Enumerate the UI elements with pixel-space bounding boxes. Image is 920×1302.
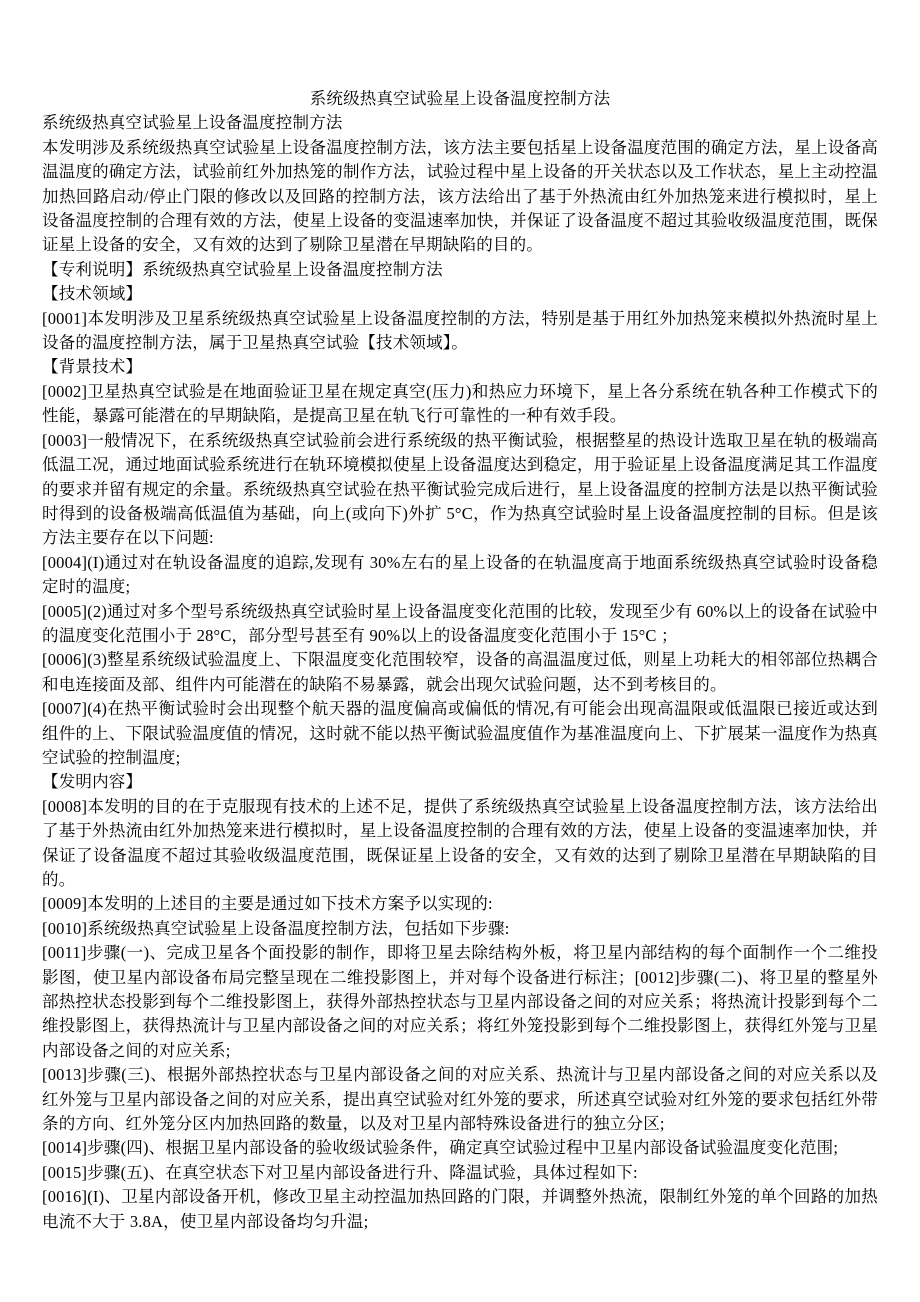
paragraph-0001: [0001]本发明涉及卫星系统级热真空试验星上设备温度控制的方法，特别是基于用红…: [42, 307, 878, 356]
paragraph-0013: [0013]步骤(三)、根据外部热控状态与卫星内部设备之间的对应关系、热流计与卫…: [42, 1063, 878, 1136]
paragraph-0010: [0010]系统级热真空试验星上设备温度控制方法，包括如下步骤:: [42, 917, 878, 941]
document-subtitle: 系统级热真空试验星上设备温度控制方法: [42, 111, 878, 135]
paragraph-0015: [0015]步骤(五)、在真空状态下对卫星内部设备进行升、降温试验，具体过程如下…: [42, 1161, 878, 1185]
paragraph-0004: [0004](I)通过对在轨设备温度的追踪,发现有 30%左右的星上设备的在轨温…: [42, 551, 878, 600]
section-heading-invention-content: 【发明内容】: [42, 770, 878, 794]
paragraph-0009: [0009]本发明的上述目的主要是通过如下技术方案予以实现的:: [42, 892, 878, 916]
section-heading-background: 【背景技术】: [42, 355, 878, 379]
patent-document-page: 系统级热真空试验星上设备温度控制方法 系统级热真空试验星上设备温度控制方法 本发…: [0, 0, 920, 1302]
document-title: 系统级热真空试验星上设备温度控制方法: [42, 87, 878, 111]
section-heading-technical-field: 【技术领域】: [42, 282, 878, 306]
paragraph-0005: [0005](2)通过对多个型号系统级热真空试验时星上设备温度变化范围的比较，发…: [42, 600, 878, 649]
paragraph-0006: [0006](3)整星系统级试验温度上、下限温度变化范围较窄，设备的高温温度过低…: [42, 648, 878, 697]
paragraph-0002: [0002]卫星热真空试验是在地面验证卫星在规定真空(压力)和热应力环境下，星上…: [42, 380, 878, 429]
paragraph-0008: [0008]本发明的目的在于克服现有技术的上述不足，提供了系统级热真空试验星上设…: [42, 795, 878, 893]
abstract-paragraph: 本发明涉及系统级热真空试验星上设备温度控制方法，该方法主要包括星上设备温度范围的…: [42, 136, 878, 258]
paragraph-0007: [0007](4)在热平衡试验时会出现整个航天器的温度偏高或偏低的情况,有可能会…: [42, 697, 878, 770]
paragraph-0014: [0014]步骤(四)、根据卫星内部设备的验收级试验条件，确定真空试验过程中卫星…: [42, 1136, 878, 1160]
paragraph-0016: [0016](I)、卫星内部设备开机，修改卫星主动控温加热回路的门限，并调整外热…: [42, 1185, 878, 1234]
paragraph-0011-0012: [0011]步骤(一)、完成卫星各个面投影的制作，即将卫星去除结构外板，将卫星内…: [42, 941, 878, 1063]
paragraph-0003: [0003]一般情况下，在系统级热真空试验前会进行系统级的热平衡试验，根据整星的…: [42, 429, 878, 551]
patent-note-line: 【专利说明】系统级热真空试验星上设备温度控制方法: [42, 258, 878, 282]
